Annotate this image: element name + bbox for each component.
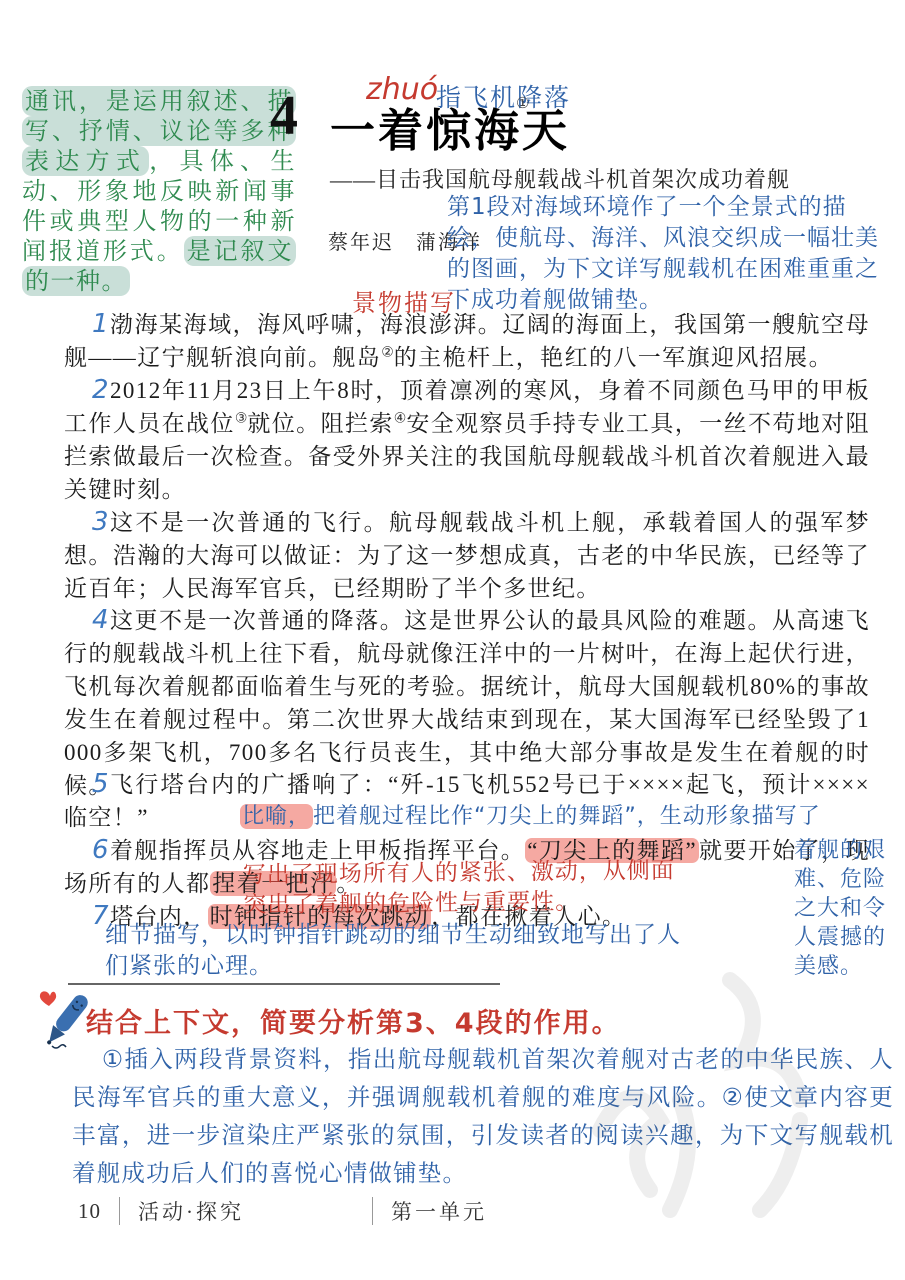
page-title: 一着惊海天 xyxy=(330,94,570,159)
paragraph-3: 3 这不是一次普通的飞行。航母舰载战斗机上舰，承载着国人的强军梦想。浩瀚的大海可… xyxy=(64,506,870,605)
lesson-number: 4 xyxy=(270,84,298,148)
paragraph-2: 2 2012年11月23日上午8时，顶着凛冽的寒风，身着不同颜色马甲的甲板工作人… xyxy=(64,374,870,506)
footer-section: 活动·探究 xyxy=(138,1196,244,1226)
paragraph-text: 2012年11月23日上午8时，顶着凛冽的寒风，身着不同颜色马甲的甲板工作人员在… xyxy=(64,374,870,506)
intro-margin-note: 第1段对海域环境作了一个全景式的描绘，使航母、海洋、风浪交织成一幅壮美的图画，为… xyxy=(447,192,879,316)
paragraph-1: 1 渤海某海域，海风呼啸，海浪澎湃。辽阔的海面上，我国第一艘航空母舰——辽宁舰斩… xyxy=(64,308,870,374)
footer-unit: 第一单元 xyxy=(391,1196,487,1226)
paragraph-number: 4 xyxy=(92,604,116,637)
paragraph-number: 6 xyxy=(92,834,116,867)
textbook-page: 通讯，是运用叙述、描写、抒情、议论等多种表达方式，具体、生动、形象地反映新闻事件… xyxy=(0,0,905,1280)
heart-icon xyxy=(40,991,56,1006)
tension-annotation: 写出了现场所有人的紧张、激动，从侧面突出了着舰的危险性与重要性。 xyxy=(243,856,696,921)
subtitle: ——目击我国航母舰载战斗机首架次成功着舰 xyxy=(330,163,790,194)
title-footnote-marker: ① xyxy=(516,94,529,113)
paragraph-number: 3 xyxy=(92,506,116,539)
page-footer: 10 活动·探究 第一单元 xyxy=(78,1196,487,1226)
paragraph-text: 这不是一次普通的飞行。航母舰载战斗机上舰，承载着国人的强军梦想。浩瀚的大海可以做… xyxy=(64,506,870,605)
question-prompt: 结合上下文，简要分析第3、4段的作用。 xyxy=(86,1001,621,1040)
paragraph-number: 5 xyxy=(92,768,116,801)
question-answer: ①插入两段背景资料，指出航母舰载机首架次着舰对古老的中华民族、人民海军官兵的重大… xyxy=(72,1040,894,1192)
separator-line xyxy=(68,983,500,985)
simile-annotation: 比喻，把着舰过程比作“刀尖上的舞蹈”，生动形象描写了 xyxy=(240,799,904,830)
footer-divider xyxy=(119,1197,120,1225)
paragraph-text: 渤海某海域，海风呼啸，海浪澎湃。辽阔的海面上，我国第一艘航空母舰——辽宁舰斩浪向… xyxy=(64,308,870,374)
detail-annotation: 细节描写，以时钟指针跳动的细节生动细致地写出了人们紧张的心理。 xyxy=(105,920,693,982)
footer-divider xyxy=(372,1197,373,1225)
page-number: 10 xyxy=(78,1199,101,1224)
paragraph-number: 2 xyxy=(92,374,116,407)
paragraph-number: 1 xyxy=(92,308,116,341)
green-margin-note: 通讯，是运用叙述、描写、抒情、议论等多种表达方式，具体、生动、形象地反映新闻事件… xyxy=(22,86,296,296)
simile-annotation-continued: 着舰的艰难、危险之大和令人震撼的美感。 xyxy=(794,836,892,981)
